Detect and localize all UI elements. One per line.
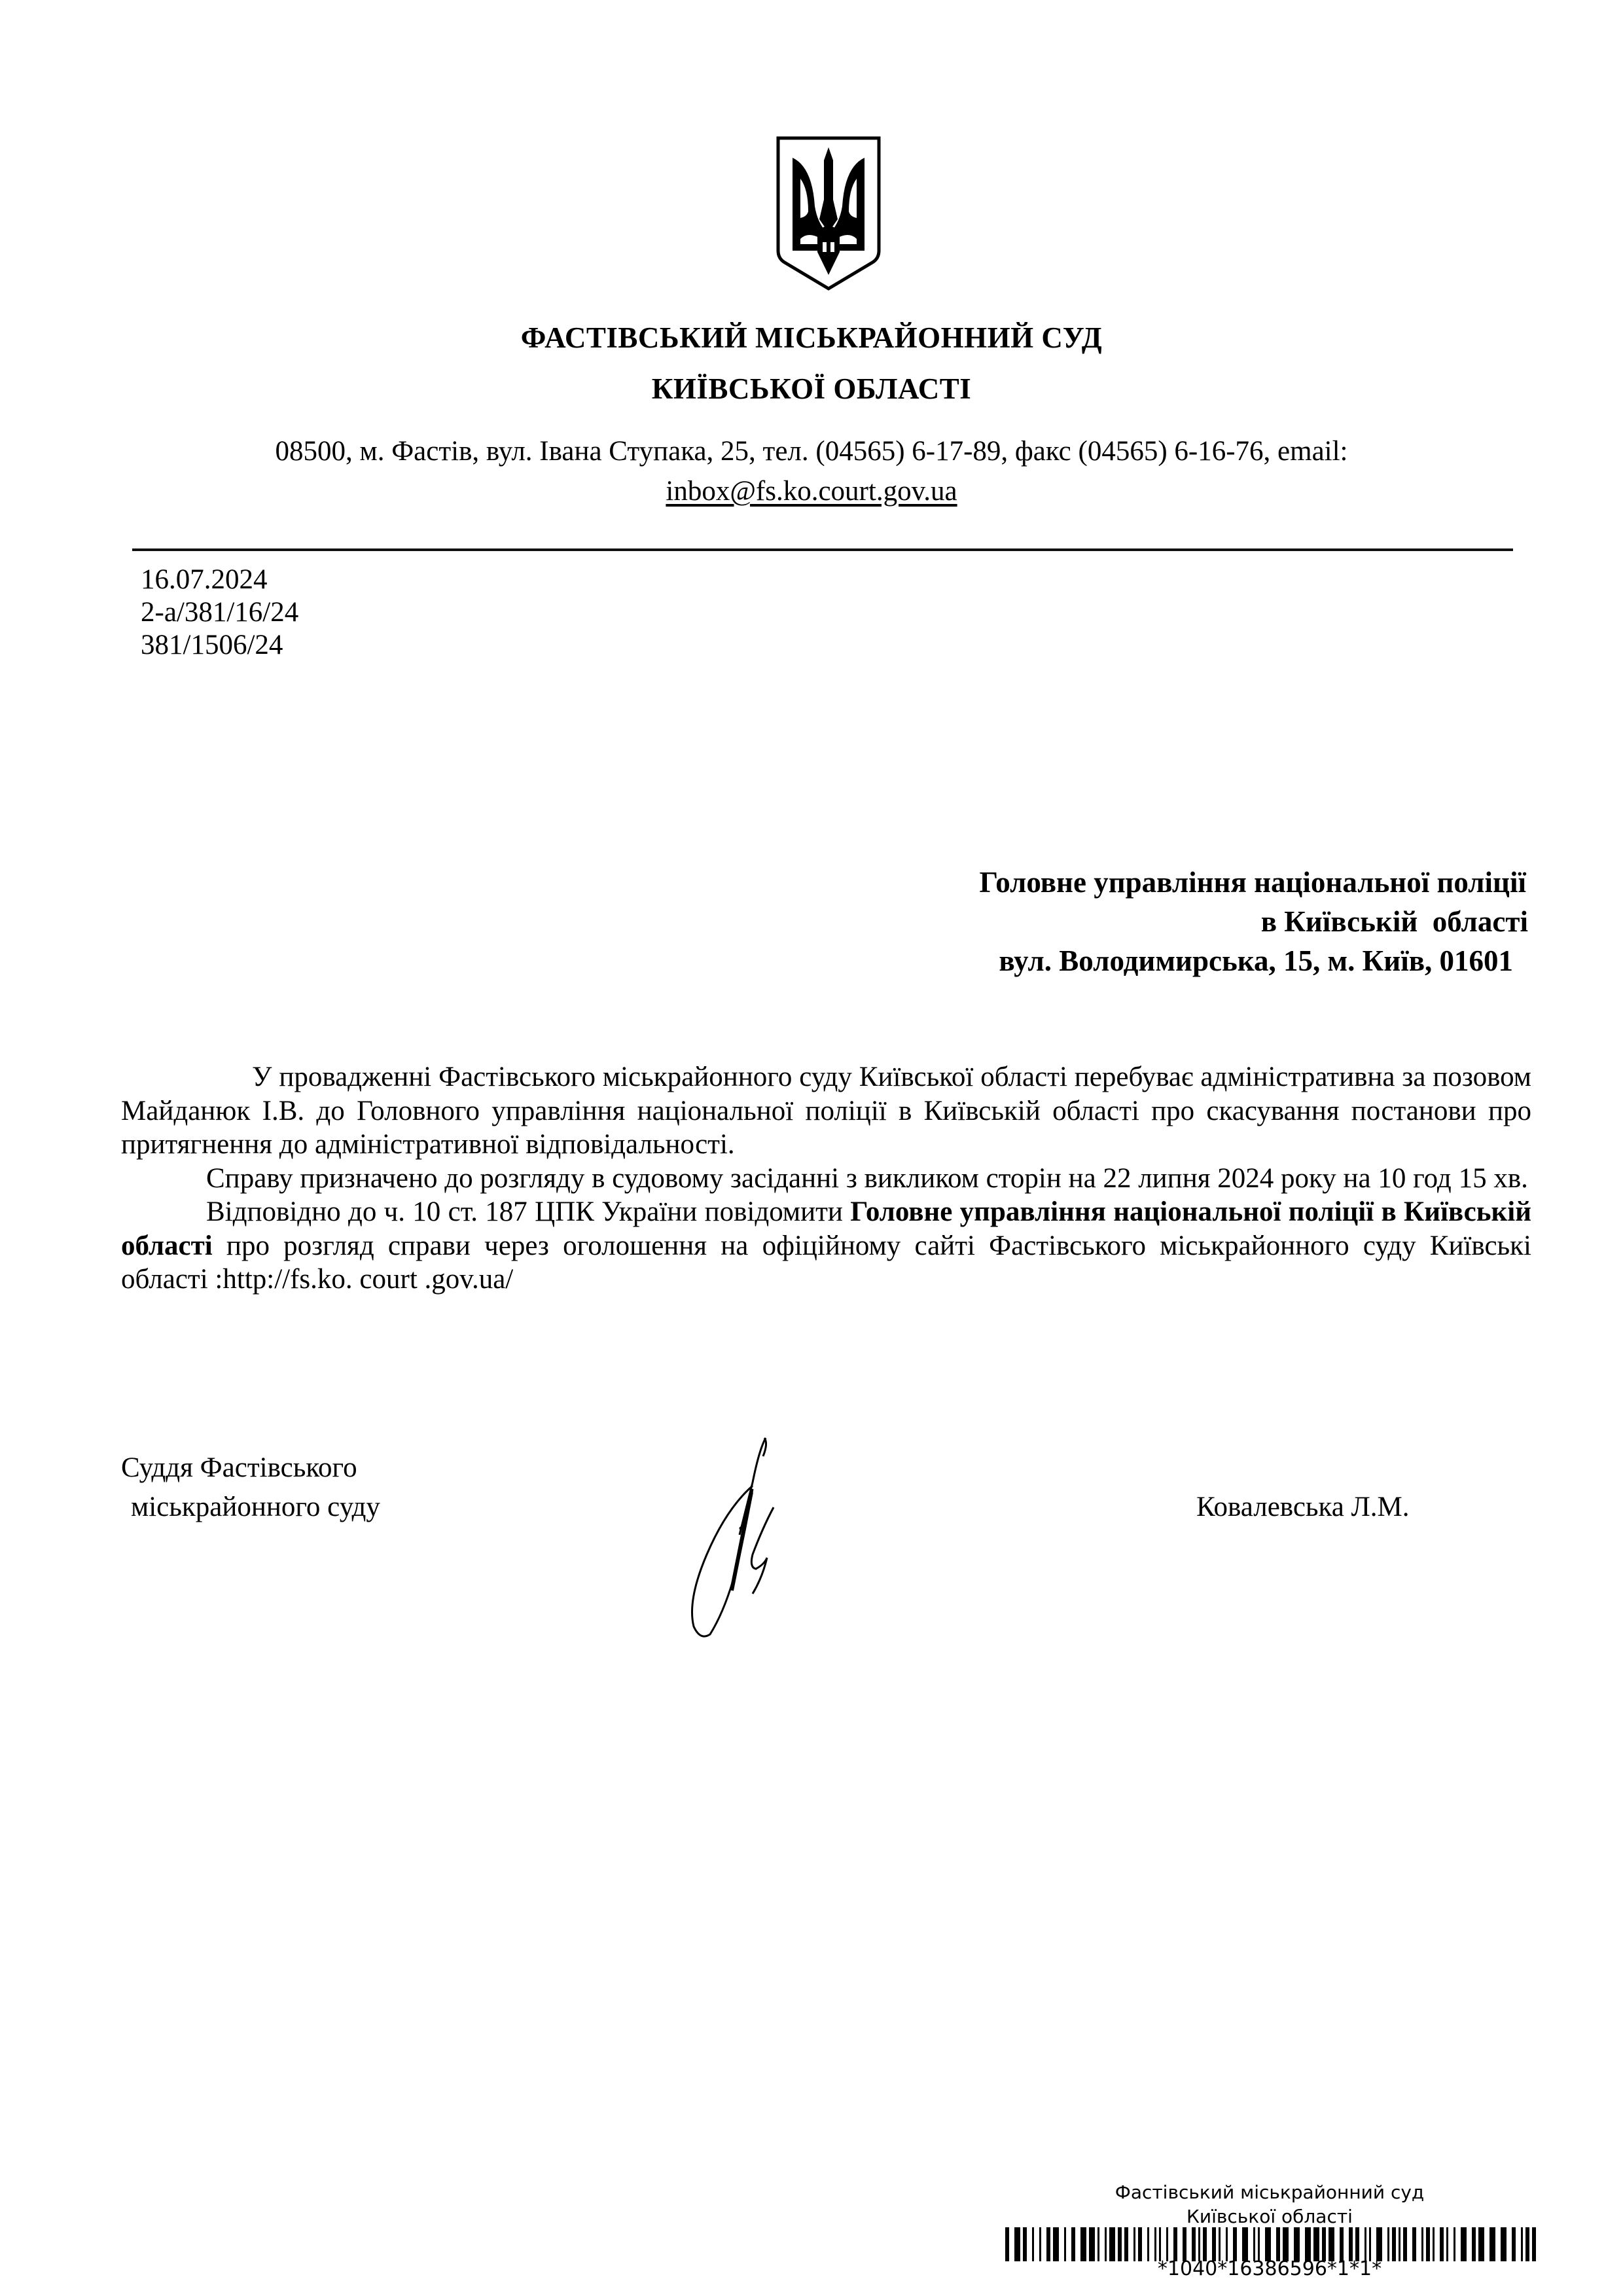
trident-emblem-icon <box>774 134 883 291</box>
barcode-number: *1040*16386596*1*1* <box>1001 2257 1538 2280</box>
judge-name: Ковалевська Л.М. <box>1196 1491 1410 1523</box>
body-paragraph-3: Відповідно до ч. 10 ст. 187 ЦПК України … <box>121 1195 1531 1297</box>
judge-title-line2: міськрайонного суду <box>131 1491 380 1523</box>
barcode-label-line1: Фастівський міськрайонний суд <box>1001 2181 1538 2203</box>
judge-title-line1: Суддя Фастівського <box>121 1452 357 1484</box>
barcode-label-line2: Київської області <box>1001 2206 1538 2227</box>
case-number: 2-а/381/16/24 <box>141 597 298 628</box>
recipient-line1: Головне управління національної поліції <box>980 865 1526 899</box>
barcode-icon <box>1005 2227 1537 2261</box>
court-address: 08500, м. Фастів, вул. Івана Ступака, 25… <box>0 435 1623 467</box>
body-paragraph-1: У провадженні Фастівського міськрайонног… <box>121 1060 1531 1162</box>
document-date: 16.07.2024 <box>141 564 268 596</box>
body-paragraph-2: Справу призначено до розгляду в судовому… <box>121 1162 1531 1196</box>
court-email-link[interactable]: inbox@fs.ko.court.gov.ua <box>666 476 957 507</box>
court-email-line: inbox@fs.ko.court.gov.ua <box>0 475 1623 507</box>
court-name-line1: ФАСТІВСЬКИЙ МІСЬКРАЙОННИЙ СУД <box>0 321 1623 355</box>
paragraph-3-end: про розгляд справи через оголошення на о… <box>121 1230 1531 1295</box>
paragraph-3-start: Відповідно до ч. 10 ст. 187 ЦПК України … <box>206 1196 850 1227</box>
handwritten-signature-icon <box>654 1430 825 1646</box>
outgoing-number: 381/1506/24 <box>141 630 283 661</box>
header-divider <box>132 548 1513 551</box>
court-name-line2: КИЇВСЬКОЇ ОБЛАСТІ <box>0 372 1623 406</box>
letter-body: У провадженні Фастівського міськрайонног… <box>121 1060 1531 1297</box>
recipient-address: вул. Володимирська, 15, м. Київ, 01601 <box>999 944 1513 978</box>
recipient-line2: в Київській області <box>1261 905 1528 939</box>
